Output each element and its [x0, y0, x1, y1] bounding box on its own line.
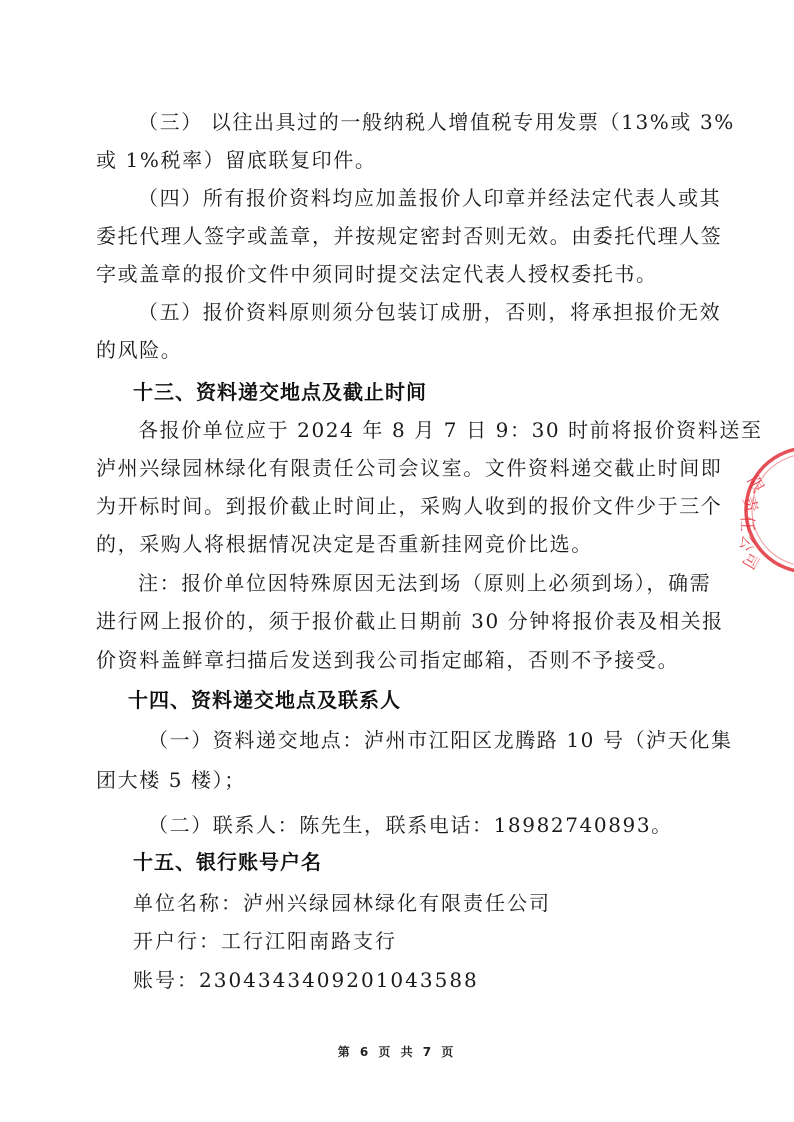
- bank-branch: 开户行：工行江阳南路支行: [133, 928, 397, 954]
- paragraph-4-line-3: 字或盖章的报价文件中须同时提交法定代表人授权委托书。: [96, 261, 708, 287]
- section-13-para-line-2: 泸州兴绿园林绿化有限责任公司会议室。文件资料递交截止时间即: [96, 455, 708, 481]
- paragraph-3-line-2: 或 1%税率）留底联复印件。: [96, 147, 708, 173]
- section-13-para-line-4: 的，采购人将根据情况决定是否重新挂网竞价比选。: [96, 531, 708, 557]
- svg-text:司: 司: [739, 549, 763, 572]
- svg-text:任: 任: [738, 516, 757, 532]
- section-13-heading: 十三、资料递交地点及截止时间: [133, 379, 427, 405]
- section-14-heading: 十四、资料递交地点及联系人: [128, 687, 401, 713]
- paragraph-5-line-1: （五）报价资料原则须分包装订成册，否则，将承担报价无效: [138, 299, 708, 325]
- section-13-note-line-2: 进行网上报价的，须于报价截止日期前 30 分钟将报价表及相关报: [96, 608, 708, 634]
- paragraph-3-line-1: （三） 以往出具过的一般纳税人增值税专用发票（13%或 3%: [138, 109, 708, 135]
- section-13-note-line-1: 注：报价单位因特殊原因无法到场（原则上必须到场），确需: [138, 570, 708, 596]
- bank-company-name: 单位名称：泸州兴绿园林绿化有限责任公司: [133, 890, 551, 916]
- section-14-item-1-line-1: （一）资料递交地点：泸州市江阳区龙腾路 10 号（泸天化集: [148, 727, 708, 753]
- document-page: （三） 以往出具过的一般纳税人增值税专用发票（13%或 3% 或 1%税率）留底…: [0, 0, 794, 1122]
- paragraph-4-line-2: 委托代理人签字或盖章，并按规定密封否则无效。由委托代理人签: [96, 223, 708, 249]
- company-seal-icon: 限 责 任 公 司: [733, 440, 794, 580]
- section-13-para-line-3: 为开标时间。到报价截止时间止，采购人收到的报价文件少于三个: [96, 493, 708, 519]
- section-13-note-line-3: 价资料盖鲜章扫描后发送到我公司指定邮箱，否则不予接受。: [96, 647, 708, 673]
- svg-text:责: 责: [739, 494, 762, 515]
- section-14-item-2: （二）联系人：陈先生，联系电话：18982740893。: [148, 812, 673, 838]
- page-number-footer: 第 6 页 共 7 页: [0, 1043, 794, 1060]
- bank-account-number: 账号：2304343409201043588: [133, 967, 479, 993]
- section-14-item-1-line-2: 团大楼 5 楼）；: [96, 767, 708, 793]
- section-13-para-line-1: 各报价单位应于 2024 年 8 月 7 日 9：30 时前将报价资料送至: [138, 417, 708, 443]
- section-15-heading: 十五、银行账号户名: [133, 849, 322, 875]
- paragraph-4-line-1: （四）所有报价资料均应加盖报价人印章并经法定代表人或其: [138, 185, 708, 211]
- paragraph-5-line-2: 的风险。: [96, 337, 708, 363]
